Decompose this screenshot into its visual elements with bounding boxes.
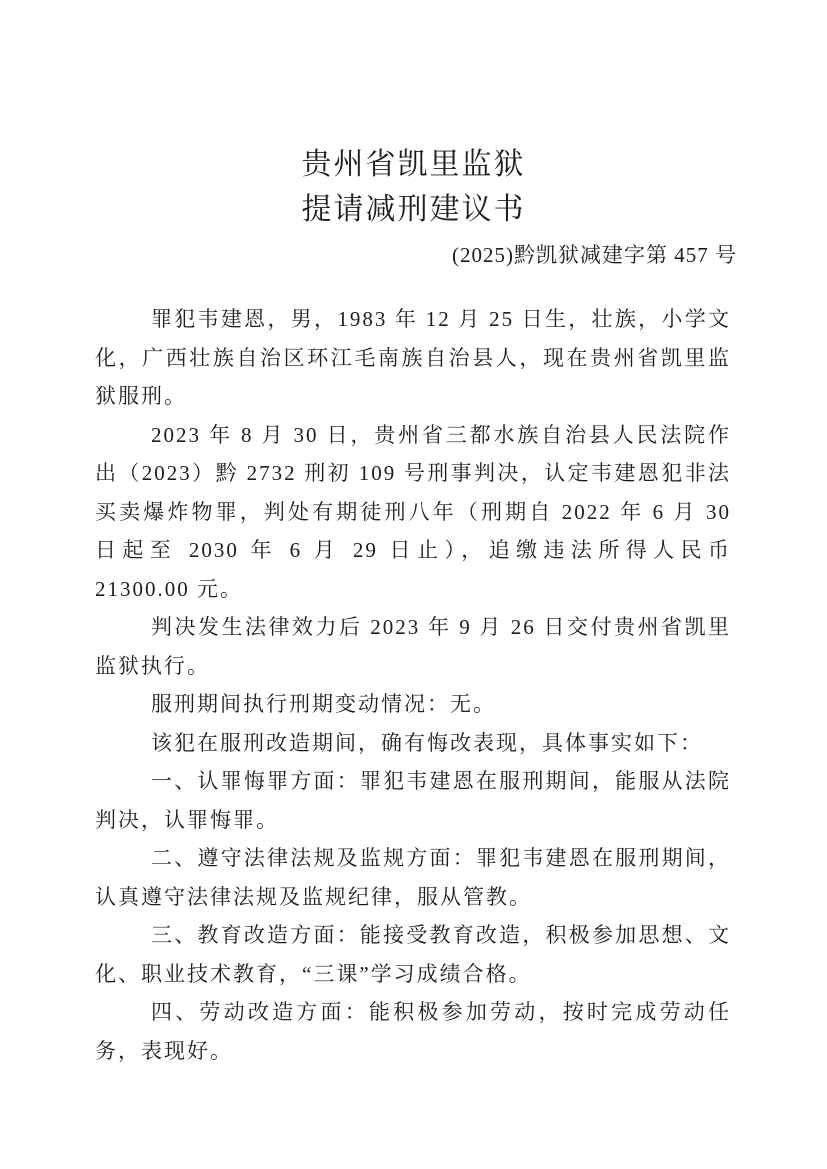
body-paragraph: 二、遵守法律法规及监规方面：罪犯韦建恩在服刑期间，认真遵守法律法规及监规纪律，服…: [95, 839, 731, 916]
body-paragraph: 一、认罪悔罪方面：罪犯韦建恩在服刑期间，能服从法院判决，认罪悔罪。: [95, 762, 731, 839]
body-paragraph: 2023 年 8 月 30 日，贵州省三都水族自治县人民法院作出（2023）黔 …: [95, 416, 731, 609]
body-paragraph: 三、教育改造方面：能接受教育改造，积极参加思想、文化、职业技术教育，“三课”学习…: [95, 916, 731, 993]
document-number: (2025)黔凯狱减建字第 457 号: [452, 240, 737, 270]
document-page: 贵州省凯里监狱 提请减刑建议书 (2025)黔凯狱减建字第 457 号 罪犯韦建…: [0, 0, 827, 1169]
document-title-line1: 贵州省凯里监狱: [0, 142, 827, 187]
document-title-line2: 提请减刑建议书: [0, 187, 827, 232]
body-paragraph: 罪犯韦建恩，男，1983 年 12 月 25 日生，壮族，小学文化，广西壮族自治…: [95, 300, 731, 416]
body-paragraph: 服刑期间执行刑期变动情况：无。: [95, 685, 731, 724]
document-title: 贵州省凯里监狱 提请减刑建议书: [0, 142, 827, 232]
document-body: 罪犯韦建恩，男，1983 年 12 月 25 日生，壮族，小学文化，广西壮族自治…: [95, 300, 731, 1070]
body-paragraph: 该犯在服刑改造期间，确有悔改表现，具体事实如下：: [95, 724, 731, 763]
body-paragraph: 判决发生法律效力后 2023 年 9 月 26 日交付贵州省凯里监狱执行。: [95, 608, 731, 685]
body-paragraph: 四、劳动改造方面：能积极参加劳动，按时完成劳动任务，表现好。: [95, 993, 731, 1070]
